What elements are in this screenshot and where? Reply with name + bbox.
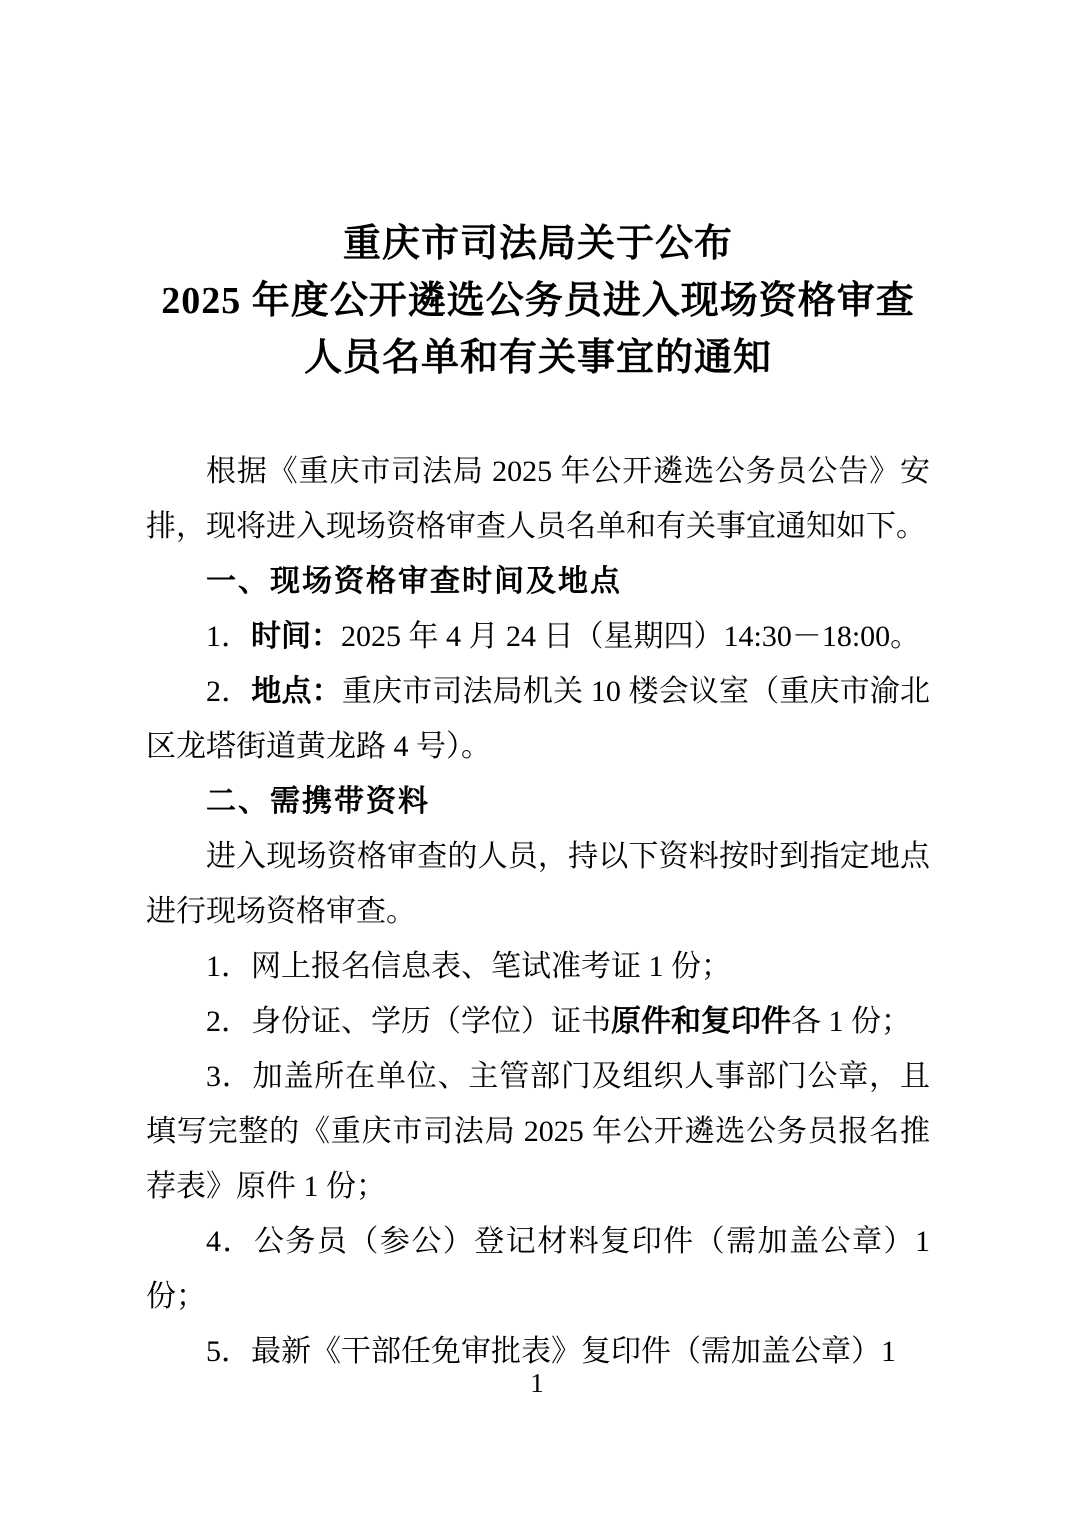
document-lines: 根据《重庆市司法局 2025 年公开遴选公务员公告》安排，现将进入现场资格审查人…	[146, 444, 930, 1379]
text-segment: 排，现将进入现场资格审查人员名单和有关事宜通知如下。	[146, 510, 926, 543]
text-segment: 进入现场资格审查的人员，持以下资料按时到指定地点	[206, 840, 930, 873]
bold-text-segment: 地点：	[251, 674, 342, 709]
text-segment: 一、现场资格审查时间及地点	[206, 564, 622, 599]
document-content: 重庆市司法局关于公布2025 年度公开遴选公务员进入现场资格审查人员名单和有关事…	[0, 0, 1074, 1379]
text-segment: 2．身份证、学历（学位）证书	[206, 1005, 611, 1038]
title-line-1: 重庆市司法局关于公布	[146, 216, 930, 273]
text-segment: 荐表》原件 1 份；	[146, 1170, 386, 1203]
text-segment: 5．最新《干部任免审批表》复印件（需加盖公章）1	[206, 1335, 896, 1368]
text-line: 3．加盖所在单位、主管部门及组织人事部门公章，且	[146, 1049, 930, 1104]
text-segment: 重庆市司法局机关 10 楼会议室（重庆市渝北	[342, 675, 930, 708]
text-segment: 份；	[146, 1280, 206, 1313]
text-segment: 各 1 份；	[791, 1005, 911, 1038]
text-line: 份；	[146, 1269, 930, 1324]
text-line: 区龙塔街道黄龙路 4 号）。	[146, 719, 930, 774]
text-line: 进行现场资格审查。	[146, 884, 930, 939]
text-segment: 1．	[206, 620, 251, 653]
title-line-3: 人员名单和有关事宜的通知	[146, 330, 930, 387]
document-title: 重庆市司法局关于公布2025 年度公开遴选公务员进入现场资格审查人员名单和有关事…	[146, 216, 930, 387]
text-segment: 二、需携带资料	[206, 784, 430, 819]
text-line: 4．公务员（参公）登记材料复印件（需加盖公章）1	[146, 1214, 930, 1269]
text-segment: 2025 年 4 月 24 日（星期四）14:30－18:00。	[341, 620, 920, 653]
text-line: 1．网上报名信息表、笔试准考证 1 份；	[146, 939, 930, 994]
text-segment: 根据《重庆市司法局 2025 年公开遴选公务员公告》安	[206, 455, 930, 488]
text-segment: 2．	[206, 675, 251, 708]
text-segment: 4．公务员（参公）登记材料复印件（需加盖公章）1	[206, 1225, 930, 1258]
bold-text-segment: 原件和复印件	[611, 1004, 791, 1039]
text-line: 填写完整的《重庆市司法局 2025 年公开遴选公务员报名推	[146, 1104, 930, 1159]
text-segment: 1．网上报名信息表、笔试准考证 1 份；	[206, 950, 731, 983]
text-line: 进入现场资格审查的人员，持以下资料按时到指定地点	[146, 829, 930, 884]
document-page: 重庆市司法局关于公布2025 年度公开遴选公务员进入现场资格审查人员名单和有关事…	[0, 0, 1074, 1520]
section-heading: 一、现场资格审查时间及地点	[146, 554, 930, 609]
title-line-2: 2025 年度公开遴选公务员进入现场资格审查	[146, 273, 930, 330]
text-segment: 填写完整的《重庆市司法局 2025 年公开遴选公务员报名推	[146, 1115, 930, 1148]
text-segment: 区龙塔街道黄龙路 4 号）。	[146, 730, 491, 763]
text-line: 根据《重庆市司法局 2025 年公开遴选公务员公告》安	[146, 444, 930, 499]
section-heading: 二、需携带资料	[146, 774, 930, 829]
text-line: 排，现将进入现场资格审查人员名单和有关事宜通知如下。	[146, 499, 930, 554]
text-line: 2．地点：重庆市司法局机关 10 楼会议室（重庆市渝北	[146, 664, 930, 719]
bold-text-segment: 时间：	[251, 619, 341, 654]
text-segment: 进行现场资格审查。	[146, 895, 416, 928]
page-number: 1	[0, 1366, 1074, 1400]
text-segment: 3．加盖所在单位、主管部门及组织人事部门公章，且	[206, 1060, 930, 1093]
text-line: 荐表》原件 1 份；	[146, 1159, 930, 1214]
text-line: 1．时间：2025 年 4 月 24 日（星期四）14:30－18:00。	[146, 609, 930, 664]
text-line: 2．身份证、学历（学位）证书原件和复印件各 1 份；	[146, 994, 930, 1049]
